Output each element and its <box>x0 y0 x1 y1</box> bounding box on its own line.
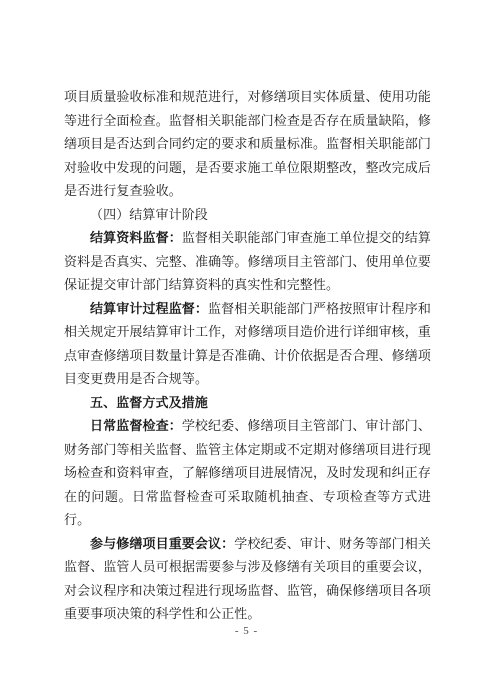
page-number: - 5 - <box>235 625 258 637</box>
paragraph-lead: 参与修缮项目重要会议： <box>90 536 234 551</box>
document-body: 项目质量验收标准和规范进行，对修缮项目实体质量、使用功能等进行全面检查。监督相关… <box>64 85 431 626</box>
subsection-heading: （四）结算审计阶段 <box>64 203 431 227</box>
document-page: 项目质量验收标准和规范进行，对修缮项目实体质量、使用功能等进行全面检查。监督相关… <box>0 0 493 700</box>
paragraph-lead: 结算资料监督： <box>90 230 182 245</box>
body-paragraph: 日常监督检查：学校纪委、修缮项目主管部门、审计部门、财务部门等相关监督、监管主体… <box>64 414 431 532</box>
body-paragraph: 参与修缮项目重要会议：学校纪委、审计、财务等部门相关监督、监管人员可根据需要参与… <box>64 532 431 626</box>
paragraph-text: 项目质量验收标准和规范进行，对修缮项目实体质量、使用功能等进行全面检查。监督相关… <box>64 89 431 198</box>
paragraph-text: （四）结算审计阶段 <box>90 207 208 222</box>
section-heading: 五、监督方式及措施 <box>64 391 431 415</box>
paragraph-lead: 结算审计过程监督： <box>90 301 208 316</box>
section-heading-text: 五、监督方式及措施 <box>90 395 208 410</box>
paragraph-lead: 日常监督检查： <box>90 418 182 433</box>
page-footer: - 5 - <box>0 625 493 637</box>
body-paragraph: 项目质量验收标准和规范进行，对修缮项目实体质量、使用功能等进行全面检查。监督相关… <box>64 85 431 203</box>
body-paragraph: 结算资料监督：监督相关职能部门审查施工单位提交的结算资料是否真实、完整、准确等。… <box>64 226 431 297</box>
body-paragraph: 结算审计过程监督：监督相关职能部门严格按照审计程序和相关规定开展结算审计工作，对… <box>64 297 431 391</box>
paragraph-text: 学校纪委、修缮项目主管部门、审计部门、财务部门等相关监督、监管主体定期或不定期对… <box>64 418 431 527</box>
